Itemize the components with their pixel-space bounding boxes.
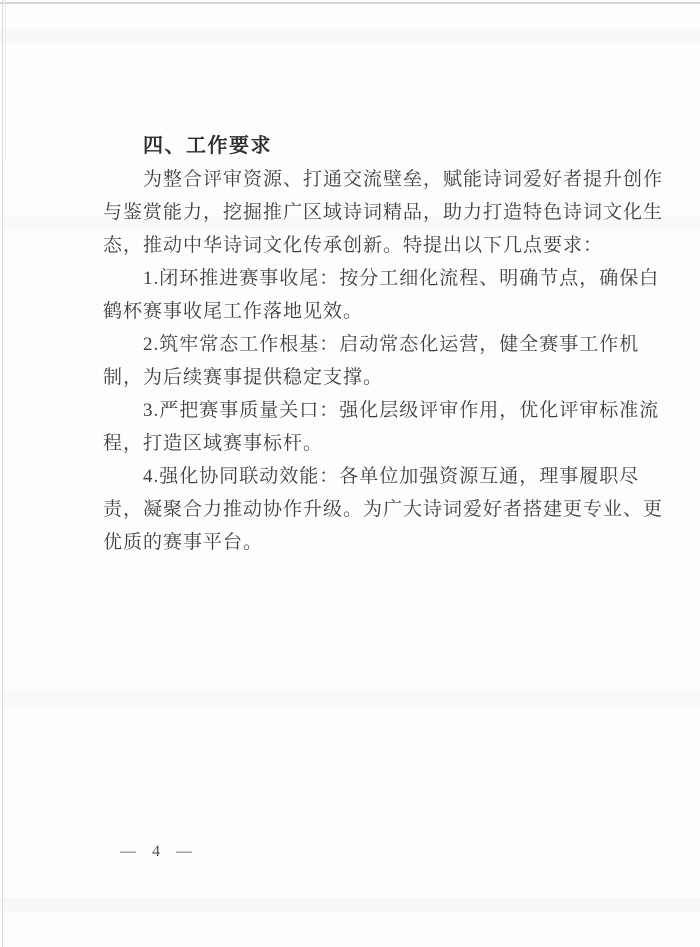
scan-top-edge-artifact: [0, 2, 700, 4]
scan-band: [0, 898, 700, 912]
text-line: 程，打造区域赛事标杆。: [103, 427, 665, 460]
text-line: 态，推动中华诗词文化传承创新。特提出以下几点要求：: [103, 229, 665, 262]
scan-left-edge-artifact: [2, 0, 3, 947]
text-line: 1.闭环推进赛事收尾：按分工细化流程、明确节点，确保白: [103, 262, 665, 295]
text-line: 优质的赛事平台。: [103, 526, 665, 559]
text-line: 制，为后续赛事提供稳定支撑。: [103, 361, 665, 394]
page-number: — 4 —: [120, 843, 198, 861]
text-line: 4.强化协同联动效能：各单位加强资源互通，理事履职尽: [103, 460, 665, 493]
scan-band: [0, 28, 700, 44]
scan-left-edge-artifact: [5, 0, 6, 160]
text-line: 鹤杯赛事收尾工作落地见效。: [103, 295, 665, 328]
text-line: 与鉴赏能力，挖掘推广区域诗词精品，助力打造特色诗词文化生: [103, 196, 665, 229]
scan-band: [0, 690, 700, 706]
document-body: 四、工作要求 为整合评审资源、打通交流壁垒，赋能诗词爱好者提升创作与鉴赏能力，挖…: [103, 130, 665, 559]
section-heading: 四、工作要求: [103, 130, 665, 163]
text-line: 2.筑牢常态工作根基：启动常态化运营，健全赛事工作机: [103, 328, 665, 361]
text-line: 为整合评审资源、打通交流壁垒，赋能诗词爱好者提升创作: [103, 163, 665, 196]
text-line: 责，凝聚合力推动协作升级。为广大诗词爱好者搭建更专业、更: [103, 493, 665, 526]
text-line: 3.严把赛事质量关口：强化层级评审作用，优化评审标准流: [103, 394, 665, 427]
scanned-document-page: 四、工作要求 为整合评审资源、打通交流壁垒，赋能诗词爱好者提升创作与鉴赏能力，挖…: [0, 0, 700, 947]
text-lines: 为整合评审资源、打通交流壁垒，赋能诗词爱好者提升创作与鉴赏能力，挖掘推广区域诗词…: [103, 163, 665, 559]
